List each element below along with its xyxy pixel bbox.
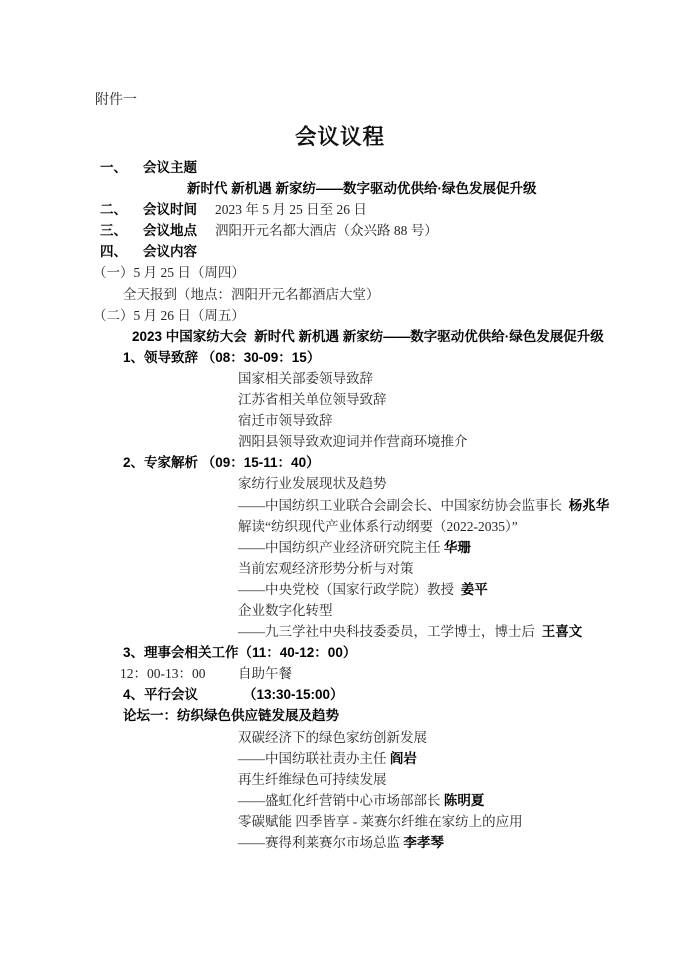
text-segment: ——赛得利莱赛尔市场总监 — [238, 835, 403, 850]
text-segment: 双碳经济下的绿色家纺创新发展 — [238, 730, 427, 745]
page-title: 会议议程 — [0, 122, 680, 152]
text-segment: ——中国纺织产业经济研究院主任 — [238, 540, 444, 555]
topic-line: 当前宏观经济形势分析与对策 — [0, 558, 680, 579]
text-segment: 泗阳开元名都大酒店（众兴路 88 号） — [215, 223, 438, 238]
text-segment: 会议主题 — [143, 160, 197, 175]
speaker-name: 陈明夏 — [444, 793, 485, 808]
text-segment: 一、 — [100, 157, 143, 178]
topic-line: 再生纤维绿色可持续发展 — [0, 769, 680, 790]
text-segment: （13:30-15:00） — [243, 687, 344, 702]
speaker-line: ——中国纺织产业经济研究院主任 华珊 — [0, 537, 680, 558]
speaker-name: 华珊 — [444, 540, 471, 555]
text-segment: 四、 — [100, 241, 143, 262]
text-segment: 解读“纺织现代产业体系行动纲要（2022-2035）” — [238, 519, 518, 534]
text-segment: 会议内容 — [143, 244, 197, 259]
section-time: 二、会议时间2023 年 5 月 25 日至 26 日 — [0, 199, 680, 220]
topic-line: 企业数字化转型 — [0, 600, 680, 621]
speaker-line: ——盛虹化纤营销中心市场部部长 陈明夏 — [0, 790, 680, 811]
text-segment: ——九三学社中央科技委委员，工学博士，博士后 — [238, 624, 542, 639]
speaker-name: 杨兆华 — [569, 498, 610, 513]
text-segment: （一）5 月 25 日（周四） — [93, 265, 245, 280]
speaker-line: ——中国纺联社责办主任 阎岩 — [0, 748, 680, 769]
day1-registration: 全天报到（地点：泗阳开元名都酒店大堂） — [0, 284, 680, 305]
text-segment: 12：00-13：00 — [120, 663, 238, 684]
text-segment: 三、 — [100, 220, 143, 241]
text-segment: 会议时间 — [143, 199, 215, 220]
text-segment: 国家相关部委领导致辞 — [238, 371, 373, 386]
attachment-label: 附件一 — [95, 90, 137, 111]
text-segment: 宿迁市领导致辞 — [238, 413, 333, 428]
text-segment: （二）5 月 26 日（周五） — [93, 308, 245, 323]
text-segment: 2023 中国家纺大会 新时代 新机遇 新家纺——数字驱动优供给·绿色发展促升级 — [132, 329, 604, 344]
text-segment: 江苏省相关单位领导致辞 — [238, 392, 387, 407]
text-segment: 新时代 新机遇 新家纺——数字驱动优供给·绿色发展促升级 — [187, 181, 537, 196]
text-segment: 论坛一：纺织绿色供应链发展及趋势 — [123, 708, 339, 723]
topic-line: 零碳赋能 四季皆享 - 莱赛尔纤维在家纺上的应用 — [0, 811, 680, 832]
agenda-item-4: 4、平行会议（13:30-15:00） — [0, 684, 680, 705]
topic-line: 家纺行业发展现状及趋势 — [0, 473, 680, 494]
text-segment: 会议地点 — [143, 220, 215, 241]
text-segment: 4、平行会议 — [123, 684, 243, 705]
topic-line: 解读“纺织现代产业体系行动纲要（2022-2035）” — [0, 516, 680, 537]
text-segment: 再生纤维绿色可持续发展 — [238, 772, 387, 787]
agenda-item-1: 1、领导致辞 （08：30-09：15） — [0, 347, 680, 368]
speaker-name: 王喜文 — [542, 624, 583, 639]
text-segment: ——中央党校（国家行政学院）教授 — [238, 582, 461, 597]
text-segment: ——中国纺织工业联合会副会长、中国家纺协会监事长 — [238, 498, 569, 513]
text-segment: ——盛虹化纤营销中心市场部部长 — [238, 793, 444, 808]
text-segment: 二、 — [100, 199, 143, 220]
forum-1-heading: 论坛一：纺织绿色供应链发展及趋势 — [0, 705, 680, 726]
section-venue: 三、会议地点泗阳开元名都大酒店（众兴路 88 号） — [0, 220, 680, 241]
document-body: 一、会议主题新时代 新机遇 新家纺——数字驱动优供给·绿色发展促升级二、会议时间… — [0, 157, 680, 853]
conference-title: 2023 中国家纺大会 新时代 新机遇 新家纺——数字驱动优供给·绿色发展促升级 — [0, 326, 680, 347]
text-segment: 泗阳县领导致欢迎词并作营商环境推介 — [238, 434, 468, 449]
day2-heading: （二）5 月 26 日（周五） — [0, 305, 680, 326]
text-segment: 1、领导致辞 （08：30-09：15） — [123, 350, 320, 365]
speech-line: 国家相关部委领导致辞 — [0, 368, 680, 389]
speaker-line: ——中央党校（国家行政学院）教授 姜平 — [0, 579, 680, 600]
text-segment: 当前宏观经济形势分析与对策 — [238, 561, 414, 576]
speech-line: 泗阳县领导致欢迎词并作营商环境推介 — [0, 431, 680, 452]
text-segment: 企业数字化转型 — [238, 603, 333, 618]
topic-line: 双碳经济下的绿色家纺创新发展 — [0, 727, 680, 748]
agenda-item-2: 2、专家解析 （09：15-11：40） — [0, 452, 680, 473]
text-segment: 全天报到（地点：泗阳开元名都酒店大堂） — [123, 287, 380, 302]
speaker-name: 李孝琴 — [403, 835, 444, 850]
day1-heading: （一）5 月 25 日（周四） — [0, 262, 680, 283]
text-segment: 自助午餐 — [238, 666, 292, 681]
section-theme-heading: 一、会议主题 — [0, 157, 680, 178]
speech-line: 江苏省相关单位领导致辞 — [0, 389, 680, 410]
section-content-heading: 四、会议内容 — [0, 241, 680, 262]
agenda-item-3: 3、理事会相关工作（11：40-12：00） — [0, 642, 680, 663]
document-page: 附件一 会议议程 一、会议主题新时代 新机遇 新家纺——数字驱动优供给·绿色发展… — [0, 0, 680, 961]
text-segment: 家纺行业发展现状及趋势 — [238, 476, 387, 491]
speaker-line: ——赛得利莱赛尔市场总监 李孝琴 — [0, 832, 680, 853]
text-segment: 3、理事会相关工作（11：40-12：00） — [123, 645, 356, 660]
text-segment: 2、专家解析 （09：15-11：40） — [123, 455, 320, 470]
speaker-name: 姜平 — [461, 582, 488, 597]
text-segment: ——中国纺联社责办主任 — [238, 751, 390, 766]
speaker-name: 阎岩 — [390, 751, 417, 766]
speaker-line: ——中国纺织工业联合会副会长、中国家纺协会监事长 杨兆华 — [0, 495, 680, 516]
lunch-line: 12：00-13：00自助午餐 — [0, 663, 680, 684]
text-segment: 零碳赋能 四季皆享 - 莱赛尔纤维在家纺上的应用 — [238, 814, 523, 829]
speaker-line: ——九三学社中央科技委委员，工学博士，博士后 王喜文 — [0, 621, 680, 642]
speech-line: 宿迁市领导致辞 — [0, 410, 680, 431]
theme-line: 新时代 新机遇 新家纺——数字驱动优供给·绿色发展促升级 — [0, 178, 680, 199]
text-segment: 2023 年 5 月 25 日至 26 日 — [215, 202, 367, 217]
